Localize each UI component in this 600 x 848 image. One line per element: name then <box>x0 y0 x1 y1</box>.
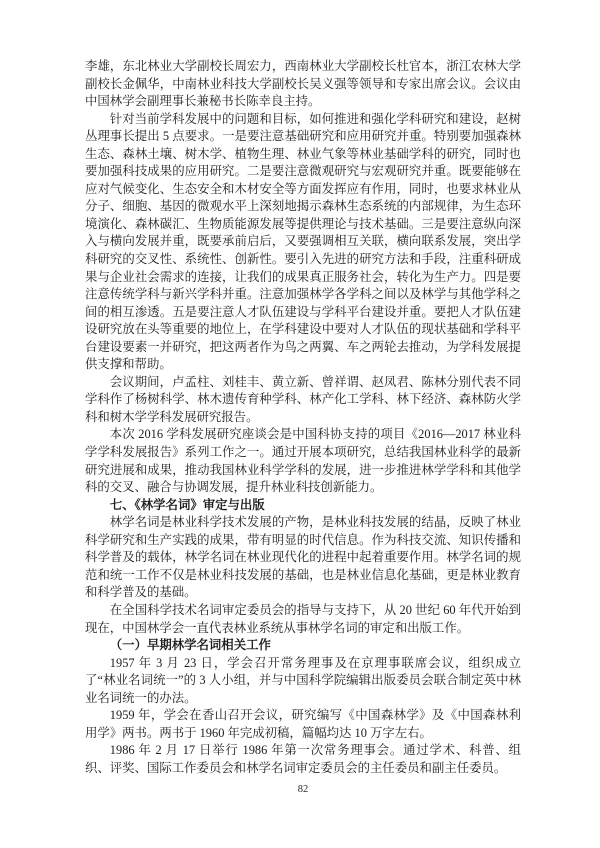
paragraph: 李雄，东北林业大学副校长周宏力，西南林业大学副校长杜官本，浙江农林大学副校长金佩… <box>85 58 521 111</box>
paragraph: 1986 年 2 月 17 日举行 1986 年第一次常务理事会。通过学术、科普… <box>85 742 521 777</box>
section-subheading: （一）早期林学名词相关工作 <box>85 637 521 655</box>
page-number: 82 <box>85 784 521 795</box>
paragraph: 在全国科学技术名词审定委员会的指导与支持下，从 20 世纪 60 年代开始到现在… <box>85 602 521 637</box>
paragraph: 林学名词是林业科学技术发展的产物，是林业科技发展的结晶，反映了林业科学研究和生产… <box>85 514 521 602</box>
section-heading: 七、《林学名词》审定与出版 <box>85 497 521 515</box>
paragraph: 针对当前学科发展中的问题和目标，如何推进和强化学科研究和建设，赵树丛理事长提出 … <box>85 111 521 374</box>
document-page: 李雄，东北林业大学副校长周宏力，西南林业大学副校长杜官本，浙江农林大学副校长金佩… <box>0 0 600 848</box>
paragraph: 1957 年 3 月 23 日，学会召开常务理事及在京理事联席会议，组织成立了“… <box>85 655 521 708</box>
document-body: 李雄，东北林业大学副校长周宏力，西南林业大学副校长杜官本，浙江农林大学副校长金佩… <box>85 58 521 777</box>
paragraph: 会议期间，卢孟柱、刘桂丰、黄立新、曾祥谓、赵凤君、陈林分别代表不同学科作了杨树科… <box>85 374 521 427</box>
paragraph: 本次 2016 学科发展研究座谈会是中国科协支持的项目《2016—2017 林业… <box>85 426 521 496</box>
paragraph: 1959 年，学会在香山召开会议，研究编写《中国森林学》及《中国森林利用学》两书… <box>85 707 521 742</box>
